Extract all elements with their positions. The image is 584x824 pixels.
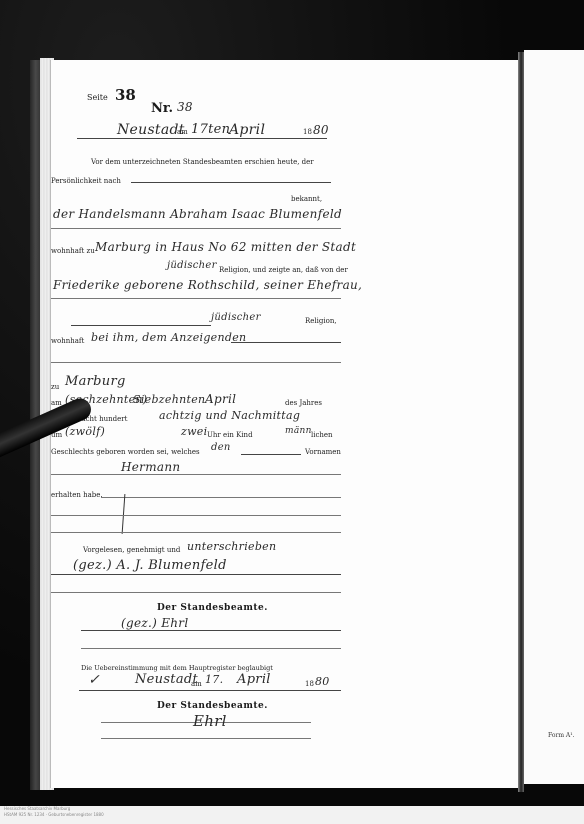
residence2-value: bei ihm, dem Anzeigenden <box>91 331 246 344</box>
year-words: achtzig und Nachmittag <box>159 409 300 422</box>
official-signature-2: Ehrl <box>193 712 227 730</box>
religion-value-2: jüdischer <box>211 312 261 323</box>
cert-am: am <box>191 680 202 688</box>
cert-day: 17. <box>205 673 223 686</box>
intro-text: Vor dem unterzeichneten Standesbeamten e… <box>91 158 314 166</box>
footer-line-2: HStAM 925 Nr. 1234 · Geburtsnebenregiste… <box>4 812 584 818</box>
archive-footer: Hessisches Staatsarchiv Marburg HStAM 92… <box>0 806 584 824</box>
page-number: 38 <box>115 86 136 104</box>
religion-text-1: Religion, und zeigte an, daß von der <box>219 266 348 274</box>
gender-value: männ <box>285 426 312 436</box>
right-page <box>524 50 584 784</box>
residence2-label: wohnhaft <box>51 337 84 345</box>
cert-month: April <box>237 672 271 687</box>
hour-value: (zwölf) <box>65 425 105 438</box>
date-month: April <box>229 122 265 138</box>
gender-suffix: lichen <box>311 431 333 439</box>
mother-name: Friederike geborene Rothschild, seiner E… <box>53 278 362 292</box>
religion-value-1: jüdischer <box>167 260 217 271</box>
entry-prefix: Nr. <box>151 101 173 116</box>
identity-suffix: bekannt, <box>291 195 322 203</box>
form-label: Form A¹. <box>548 732 575 739</box>
vornamen-label: Vornamen <box>305 448 341 456</box>
religion-label-2: Religion, <box>305 317 337 325</box>
year-prefix: 18 <box>303 128 312 136</box>
birthplace-label: zu <box>51 383 59 391</box>
cert-year-prefix: 18 <box>305 680 314 688</box>
geschlecht-text: Geschlechts geboren worden sei, welches <box>51 448 200 456</box>
residence-label: wohnhaft zu <box>51 247 95 255</box>
official-title-1: Der Standesbeamte. <box>157 603 268 613</box>
cert-place: Neustadt <box>135 672 198 687</box>
am-label: am <box>177 128 188 136</box>
date-day: 17ten <box>191 122 230 137</box>
year-label: des Jahres <box>285 399 322 407</box>
certification-text: Die Uebereinstimmung mit dem Hauptregist… <box>81 664 273 672</box>
residence-value: Marburg in Haus No 62 mitten der Stadt <box>95 240 356 254</box>
check-mark: ✓ <box>88 672 100 688</box>
declarant-signature: (gez.) A. J. Blumenfeld <box>73 558 227 573</box>
read-label: Vorgelesen, genehmigt und <box>83 546 180 554</box>
page-label: Seite <box>87 93 108 102</box>
official-title-2: Der Standesbeamte. <box>157 701 268 711</box>
birth-month: April <box>205 392 236 406</box>
cert-year-suffix: 80 <box>315 675 330 688</box>
hour-word: zwei <box>181 425 207 438</box>
official-signature-1: (gez.) Ehrl <box>121 616 188 630</box>
place-name: Neustadt <box>117 122 185 138</box>
identity-label: Persönlichkeit nach <box>51 177 121 185</box>
register-page: Seite 38 Nr. 38 Neustadt am 17ten April … <box>50 60 521 788</box>
entry-number: 38 <box>177 100 193 114</box>
vornamen-prefix: den <box>211 442 231 453</box>
birthplace-value: Marburg <box>65 374 126 389</box>
declarant-name: der Handelsmann Abraham Isaac Blumenfeld <box>53 207 342 221</box>
uhr-text: Uhr ein Kind <box>207 431 253 439</box>
read-value: unterschrieben <box>187 540 276 553</box>
year-suffix: 80 <box>313 123 329 137</box>
birth-day-word: Siebzehnten <box>133 393 205 406</box>
received-label: erhalten habe. <box>51 491 103 499</box>
child-name: Hermann <box>121 460 180 474</box>
